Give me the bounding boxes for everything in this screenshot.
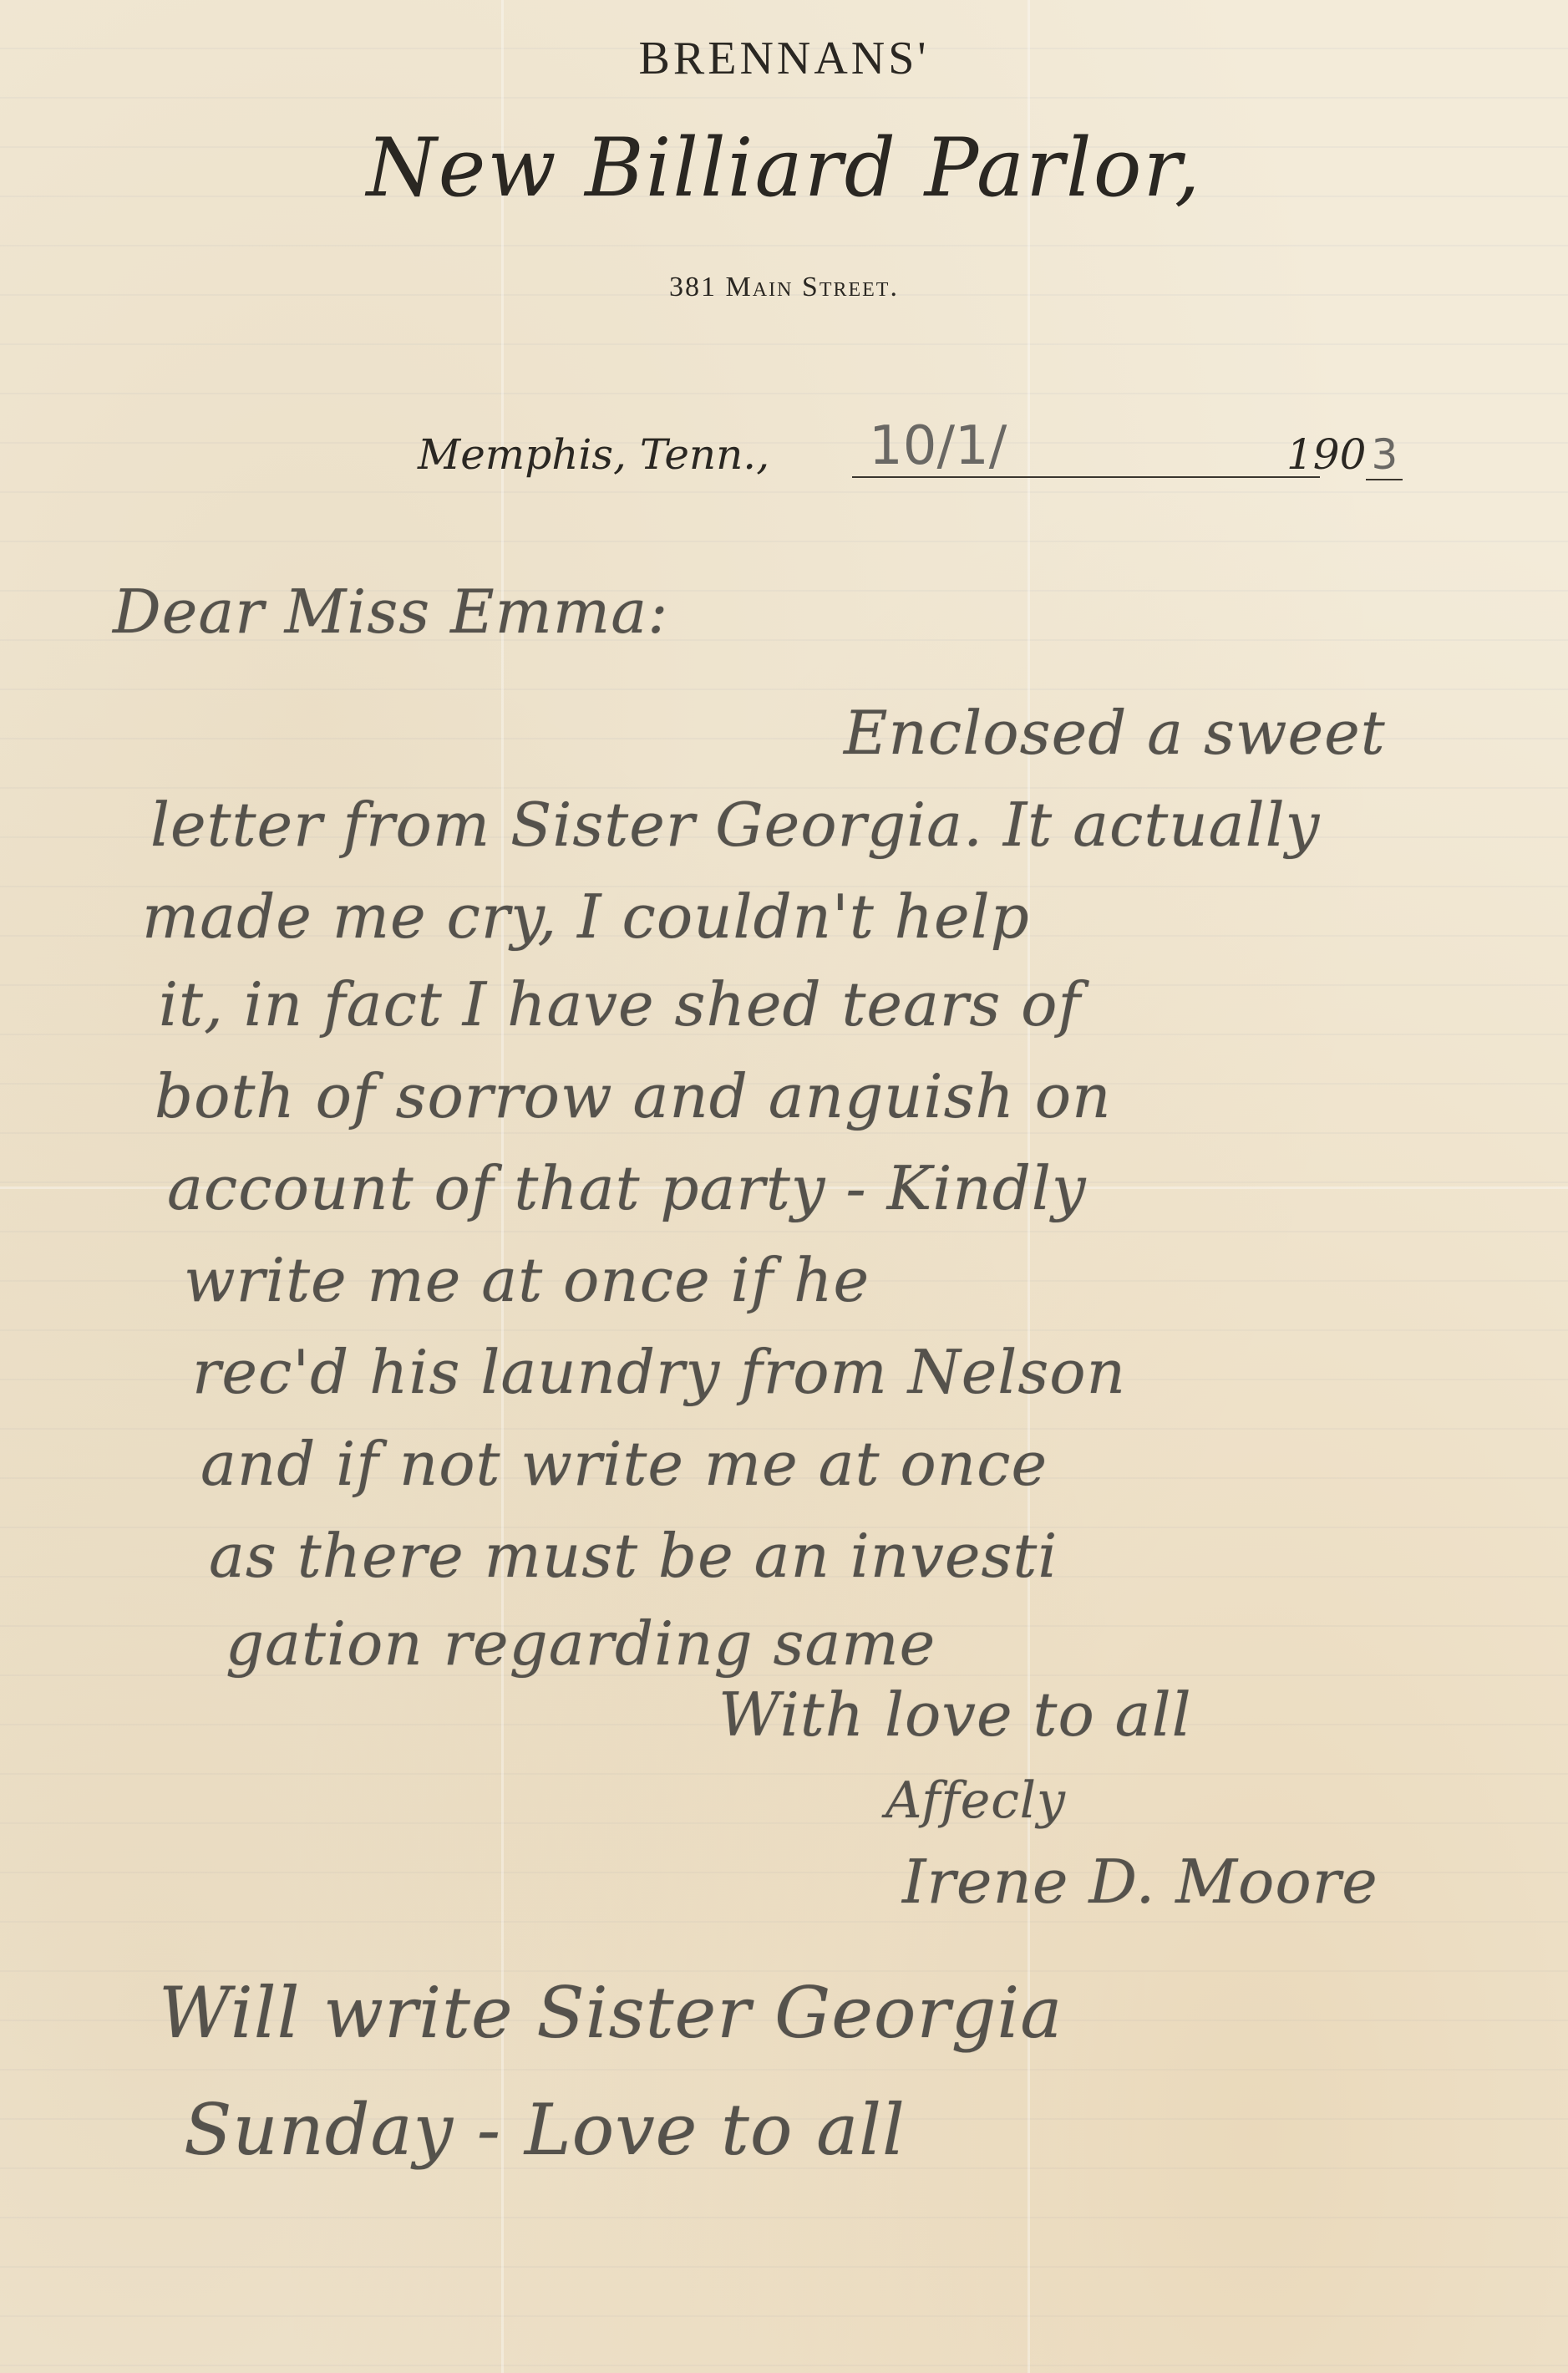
letterhead-address: 381 Main Street.: [0, 272, 1568, 303]
dateline-year-prefix: 190: [1286, 430, 1366, 479]
body-line: account of that party - Kindly: [167, 1153, 1087, 1223]
body-line: letter from Sister Georgia. It actually: [150, 790, 1320, 860]
letterhead-business-name: BRENNANS': [0, 32, 1568, 85]
body-line: write me at once if he: [184, 1245, 870, 1315]
dateline-year: 1903: [1286, 430, 1403, 479]
body-line: made me cry, I couldn't help: [142, 882, 1030, 952]
closing-line: With love to all: [718, 1679, 1192, 1750]
signature: Irene D. Moore: [902, 1847, 1378, 1917]
body-line: both of sorrow and anguish on: [155, 1061, 1112, 1131]
closing: Affecly: [885, 1771, 1066, 1830]
body-line: rec'd his laundry from Nelson: [192, 1337, 1126, 1407]
body-line: and if not write me at once: [200, 1429, 1048, 1499]
postscript-line: Will write Sister Georgia: [159, 1972, 1063, 2054]
dateline: Memphis, Tenn., 10/1/ 1903: [418, 430, 1428, 489]
salutation: Dear Miss Emma:: [113, 577, 668, 647]
dateline-date: 10/1/: [869, 415, 1007, 477]
body-line: gation regarding same: [226, 1608, 936, 1679]
dateline-year-handwritten: 3: [1366, 430, 1403, 480]
postscript-line: Sunday - Love to all: [184, 2089, 906, 2171]
body-line: it, in fact I have shed tears of: [159, 969, 1081, 1039]
body-line: Enclosed a sweet: [844, 698, 1386, 768]
body-line: as there must be an investi: [209, 1521, 1058, 1591]
dateline-place: Memphis, Tenn.,: [418, 430, 769, 479]
letterhead-subtitle: New Billiard Parlor,: [0, 121, 1568, 215]
letter-page: BRENNANS' New Billiard Parlor, 381 Main …: [0, 0, 1568, 2373]
